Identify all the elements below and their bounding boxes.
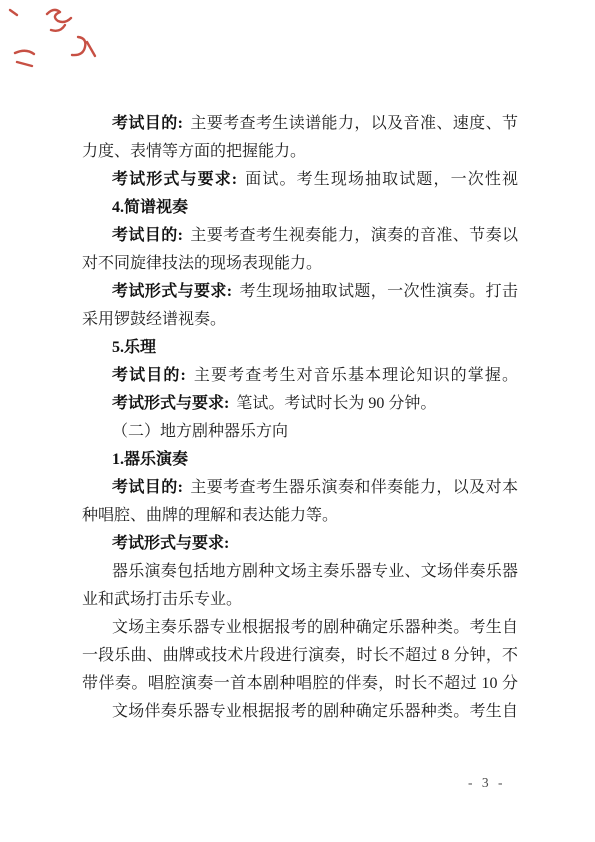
text-line: 文场主奏乐器专业根据报考的剧种确定乐器种类。考生自选	[82, 614, 518, 642]
line-text: 种唱腔、曲牌的理解和表达能力等。	[82, 507, 338, 524]
line-text: 文场伴奏乐器专业根据报考的剧种确定乐器种类。考生自选	[112, 703, 518, 726]
section-heading: 1.器乐演奏	[82, 446, 518, 474]
red-pen-marks	[2, 2, 106, 70]
line-text: 文场主奏乐器专业根据报考的剧种确定乐器种类。考生自选	[112, 619, 518, 642]
text-line: 考试目的:主要考查考生读谱能力，以及音准、速度、节奏、	[82, 110, 518, 138]
line-text: 对不同旋律技法的现场表现能力。	[82, 255, 322, 272]
line-text: 笔试。考试时长为 90 分钟。	[236, 395, 436, 412]
document-body: 考试目的:主要考查考生读谱能力，以及音准、速度、节奏、 力度、表情等方面的把握能…	[82, 110, 518, 726]
red-pen-stroke	[17, 62, 32, 66]
text-line: 种唱腔、曲牌的理解和表达能力等。	[82, 502, 518, 530]
red-pen-stroke	[87, 42, 95, 56]
line-text: （二）地方剧种器乐方向	[112, 423, 288, 440]
section-heading: 4.简谱视奏	[82, 194, 518, 222]
text-line: 器乐演奏包括地方剧种文场主奏乐器专业、文场伴奏乐器专	[82, 558, 518, 586]
text-line: 考试形式与要求:笔试。考试时长为 90 分钟。	[82, 390, 518, 418]
text-line: 考试目的:主要考查考生器乐演奏和伴奏能力，以及对本剧	[82, 474, 518, 502]
line-text: 采用锣鼓经谱视奏。	[82, 311, 226, 328]
red-pen-stroke	[51, 25, 65, 31]
red-pen-stroke	[15, 51, 34, 54]
line-label: 考试形式与要求:	[112, 395, 229, 412]
line-label: 考试目的:	[112, 115, 183, 132]
subsection-heading: （二）地方剧种器乐方向	[82, 418, 518, 446]
line-label: 考试形式与要求:	[112, 283, 232, 300]
text-line: 考试目的:主要考查考生视奏能力，演奏的音准、节奏以及	[82, 222, 518, 250]
red-pen-stroke	[72, 37, 85, 55]
text-line: 考试形式与要求:面试。考生现场抽取试题，一次性视唱。	[82, 166, 518, 194]
text-line: 业和武场打击乐专业。	[82, 586, 518, 614]
line-label: 考试目的:	[112, 367, 186, 384]
text-line: 文场伴奏乐器专业根据报考的剧种确定乐器种类。考生自选	[82, 698, 518, 726]
line-text: 器乐演奏包括地方剧种文场主奏乐器专业、文场伴奏乐器专	[112, 563, 518, 586]
heading-label: 4.简谱视奏	[112, 199, 188, 216]
text-line: 带伴奏。唱腔演奏一首本剧种唱腔的伴奏，时长不超过 10 分钟。	[82, 670, 518, 698]
line-label: 考试目的:	[112, 227, 183, 244]
line-text: 主要考查考生对音乐基本理论知识的掌握。	[193, 367, 518, 384]
text-line: 考试目的:主要考查考生对音乐基本理论知识的掌握。	[82, 362, 518, 390]
line-label: 考试形式与要求:	[112, 535, 229, 552]
line-label: 考试形式与要求:	[112, 171, 237, 188]
line-label: 考试目的:	[112, 479, 183, 496]
red-pen-stroke	[47, 10, 71, 22]
line-text: 力度、表情等方面的把握能力。	[82, 143, 306, 160]
text-line: 采用锣鼓经谱视奏。	[82, 306, 518, 334]
heading-label: 5.乐理	[112, 339, 156, 356]
text-line: 对不同旋律技法的现场表现能力。	[82, 250, 518, 278]
line-text: 业和武场打击乐专业。	[82, 591, 242, 608]
line-text: 带伴奏。唱腔演奏一首本剧种唱腔的伴奏，时长不超过 10 分钟。	[82, 675, 518, 698]
section-heading: 5.乐理	[82, 334, 518, 362]
red-pen-stroke	[10, 10, 17, 15]
page-number: - 3 -	[468, 775, 506, 791]
text-line: 考试形式与要求:考生现场抽取试题，一次性演奏。打击乐	[82, 278, 518, 306]
heading-label: 1.器乐演奏	[112, 451, 188, 468]
text-line: 一段乐曲、曲牌或技术片段进行演奏，时长不超过 8 分钟，不得	[82, 642, 518, 670]
document-page: 考试目的:主要考查考生读谱能力，以及音准、速度、节奏、 力度、表情等方面的把握能…	[0, 0, 595, 842]
line-text: 一段乐曲、曲牌或技术片段进行演奏，时长不超过 8 分钟，不得	[82, 647, 518, 670]
text-line: 力度、表情等方面的把握能力。	[82, 138, 518, 166]
text-line: 考试形式与要求:	[82, 530, 518, 558]
